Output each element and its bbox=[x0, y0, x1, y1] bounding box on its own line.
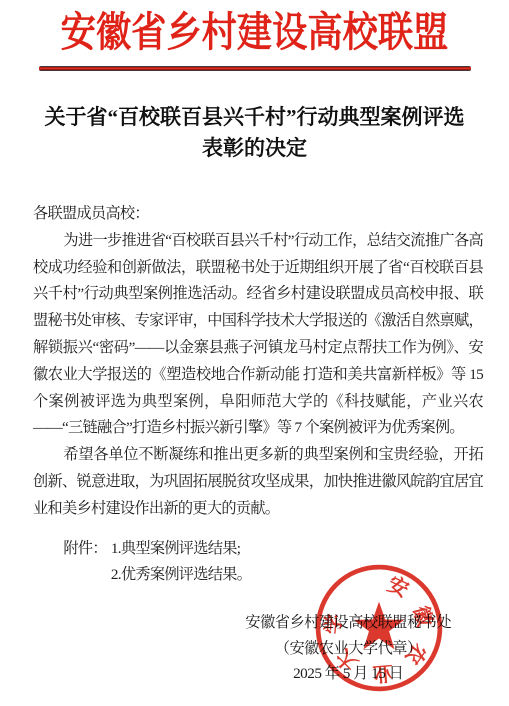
attachment-item-2: 2.优秀案例评选结果。 bbox=[111, 562, 251, 589]
signature-org: 安徽省乡村建设高校联盟秘书处 bbox=[245, 610, 451, 636]
body-paragraph-1: 为进一步推进省“百校联百县兴千村”行动工作，总结交流推广各高校成功经验和创新做法… bbox=[33, 228, 483, 442]
body-paragraph-2: 希望各单位不断凝练和推出更多新的典型案例和宝贵经验，开拓创新、锐意进取，为巩固拓… bbox=[33, 442, 483, 522]
signature-date: 2025 年 5 月 15 日 bbox=[293, 661, 403, 687]
official-document-page: 安徽省乡村建设高校联盟 关于省“百校联百县兴千村”行动典型案例评选 表彰的决定 … bbox=[0, 0, 509, 706]
attachments-label: 附件： bbox=[63, 536, 106, 563]
attachment-item-1: 1.典型案例评选结果; bbox=[111, 536, 251, 563]
document-title: 关于省“百校联百县兴千村”行动典型案例评选 表彰的决定 bbox=[0, 102, 509, 164]
letterhead-org-name: 安徽省乡村建设高校联盟 bbox=[61, 7, 449, 57]
letterhead-divider-line bbox=[39, 66, 471, 71]
letterhead: 安徽省乡村建设高校联盟 bbox=[0, 0, 509, 57]
signature-proxy-note: （安徽农业大学代章） bbox=[275, 636, 422, 662]
document-title-line2: 表彰的决定 bbox=[0, 133, 509, 164]
attachments-list: 1.典型案例评选结果; 2.优秀案例评选结果。 bbox=[111, 536, 251, 590]
salutation: 各联盟成员高校： bbox=[33, 201, 483, 228]
document-title-line1: 关于省“百校联百县兴千村”行动典型案例评选 bbox=[0, 102, 509, 133]
signature-block: 安徽省乡村建设高校联盟秘书处 （安徽农业大学代章） 2025 年 5 月 15 … bbox=[245, 610, 451, 687]
document-body: 各联盟成员高校： 为进一步推进省“百校联百县兴千村”行动工作，总结交流推广各高校… bbox=[33, 201, 483, 687]
attachments-section: 附件： 1.典型案例评选结果; 2.优秀案例评选结果。 bbox=[63, 536, 483, 590]
